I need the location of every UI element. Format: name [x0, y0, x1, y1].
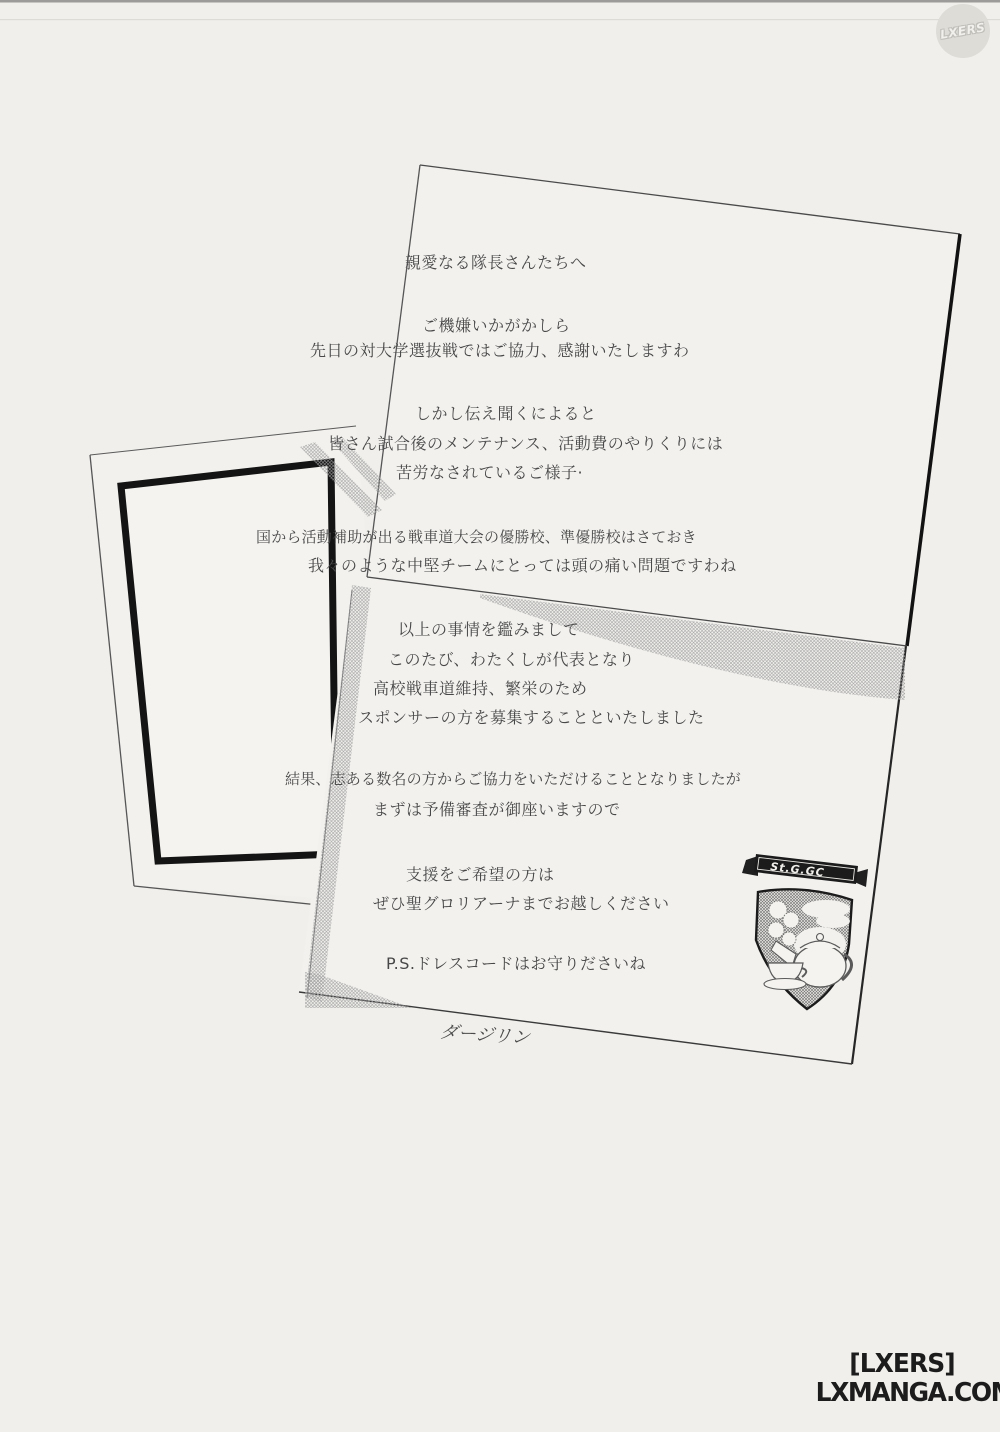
scan-edge-line — [0, 0, 1000, 3]
scanlation-logo-badge: LXERS — [936, 4, 990, 58]
scan-smudge-line — [0, 19, 1000, 20]
watermark-group-name: [LXERS] — [816, 1350, 989, 1379]
paper-sheet-upper — [367, 165, 960, 646]
scanlation-logo-text: LXERS — [939, 20, 986, 42]
scanned-doujin-page: St.G.GC 親愛なる隊長さんたちへ ご機嫌いかがかしら 先日の対大学選抜戦で… — [0, 0, 1000, 1432]
black-frame — [121, 462, 336, 861]
page-artwork: St.G.GC — [0, 0, 1000, 1432]
watermark-site-name: LXMANGA.COM — [816, 1379, 989, 1408]
scanlation-watermark: [LXERS] LXMANGA.COM — [816, 1350, 989, 1408]
